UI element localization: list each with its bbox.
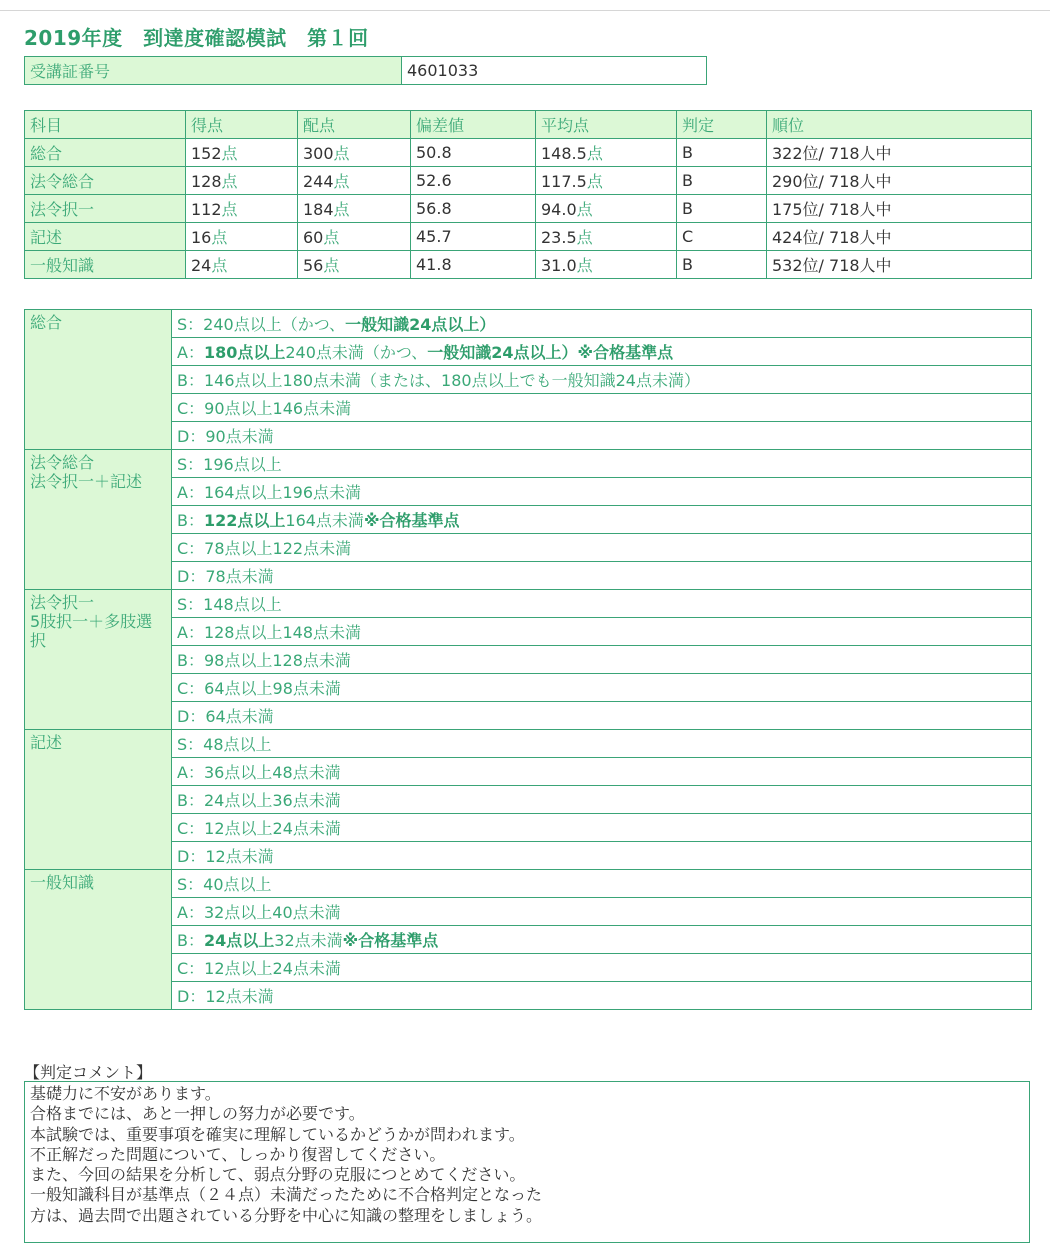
unit-label: 点 <box>577 256 593 275</box>
criteria-row: 法令択一5肢択一＋多肢選択S：148点以上 <box>25 590 1032 618</box>
max-score-cell-value: 60 <box>303 228 323 247</box>
max-score-cell: 184点 <box>298 195 411 223</box>
criteria-subject-line: 法令択一＋記述 <box>30 472 166 491</box>
subject-cell-value: 法令総合 <box>30 172 94 191</box>
criteria-grade-cell: B：146点以上180点未満（または、180点以上でも一般知識24点未満） <box>172 366 1032 394</box>
criteria-grade-cell: C：12点以上24点未満 <box>172 954 1032 982</box>
unit-label: 点 <box>334 144 350 163</box>
score-row: 法令択一112点184点56.894.0点B175位/ 718人中 <box>25 195 1032 223</box>
student-id-table: 受講証番号 4601033 <box>24 56 707 85</box>
comment-line: 基礎力に不安があります。 <box>30 1084 1024 1104</box>
rank-cell: 424位/ 718人中 <box>767 223 1032 251</box>
comment-line: 合格までには、あと一押しの努力が必要です。 <box>30 1104 1024 1124</box>
header-score: 得点 <box>186 111 298 139</box>
subject-cell-value: 法令択一 <box>30 200 94 219</box>
criteria-row: A：164点以上196点未満 <box>25 478 1032 506</box>
unit-label: 点 <box>334 200 350 219</box>
criteria-grade-cell: D：12点未満 <box>172 982 1032 1010</box>
criteria-emphasis: 一般知識24点以上）※合格基準点 <box>427 343 673 362</box>
criteria-emphasis: 24点以上 <box>204 931 274 950</box>
max-score-cell: 60点 <box>298 223 411 251</box>
max-score-cell: 56点 <box>298 251 411 279</box>
criteria-subject-line: 記述 <box>30 733 166 752</box>
criteria-text: C：64点以上98点未満 <box>177 679 341 698</box>
criteria-row: B：122点以上164点未満※合格基準点 <box>25 506 1032 534</box>
student-id-value: 4601033 <box>402 57 707 85</box>
unit-label: 点 <box>222 200 238 219</box>
criteria-grade-cell: A：180点以上240点未満（かつ、一般知識24点以上）※合格基準点 <box>172 338 1032 366</box>
criteria-text: A：36点以上48点未満 <box>177 763 341 782</box>
comment-line: 不正解だった問題について、しっかり復習してください。 <box>30 1145 1024 1165</box>
criteria-grade-cell: A：164点以上196点未満 <box>172 478 1032 506</box>
unit-label: 点 <box>323 256 339 275</box>
criteria-subject-line: 法令総合 <box>30 453 166 472</box>
grade-cell-value: B <box>682 143 693 162</box>
subject-cell-value: 記述 <box>30 228 62 247</box>
criteria-row: C：64点以上98点未満 <box>25 674 1032 702</box>
deviation-cell-value: 56.8 <box>416 199 452 218</box>
score-cell: 24点 <box>186 251 298 279</box>
criteria-grade-cell: B：122点以上164点未満※合格基準点 <box>172 506 1032 534</box>
comment-box: 基礎力に不安があります。合格までには、あと一押しの努力が必要です。本試験では、重… <box>24 1081 1030 1243</box>
criteria-row: D：64点未満 <box>25 702 1032 730</box>
deviation-cell: 52.6 <box>411 167 536 195</box>
unit-label: 点 <box>334 172 350 191</box>
criteria-text: B：24点以上36点未満 <box>177 791 341 810</box>
criteria-subject: 記述 <box>25 730 172 870</box>
header-grade: 判定 <box>677 111 767 139</box>
criteria-row: 一般知識S：40点以上 <box>25 870 1032 898</box>
student-id-row: 受講証番号 4601033 <box>25 57 707 85</box>
average-cell: 148.5点 <box>536 139 677 167</box>
criteria-text: D：90点未満 <box>177 427 274 446</box>
rank-cell: 532位/ 718人中 <box>767 251 1032 279</box>
criteria-row: 記述S：48点以上 <box>25 730 1032 758</box>
criteria-text: B： <box>177 931 204 950</box>
criteria-text: A：32点以上40点未満 <box>177 903 341 922</box>
comment-line: 方は、過去問で出題されている分野を中心に知識の整理をしましょう。 <box>30 1206 1024 1226</box>
criteria-text: D：12点未満 <box>177 987 274 1006</box>
deviation-cell-value: 52.6 <box>416 171 452 190</box>
criteria-grade-cell: S：240点以上（かつ、一般知識24点以上） <box>172 310 1032 338</box>
score-cell: 128点 <box>186 167 298 195</box>
rank-cell: 290位/ 718人中 <box>767 167 1032 195</box>
score-row: 法令総合128点244点52.6117.5点B290位/ 718人中 <box>25 167 1032 195</box>
deviation-cell-value: 41.8 <box>416 255 452 274</box>
criteria-text: S：48点以上 <box>177 735 272 754</box>
criteria-subject-line: 総合 <box>30 313 166 332</box>
max-score-cell-value: 56 <box>303 256 323 275</box>
criteria-emphasis: ※合格基準点 <box>364 511 460 530</box>
rank-cell-value: 175位/ 718人中 <box>772 200 892 219</box>
criteria-row: D：78点未満 <box>25 562 1032 590</box>
subject-cell: 一般知識 <box>25 251 186 279</box>
unit-label: 点 <box>587 172 603 191</box>
criteria-row: B：146点以上180点未満（または、180点以上でも一般知識24点未満） <box>25 366 1032 394</box>
max-score-cell: 244点 <box>298 167 411 195</box>
criteria-row: 総合S：240点以上（かつ、一般知識24点以上） <box>25 310 1032 338</box>
student-id-label: 受講証番号 <box>25 57 402 85</box>
grade-cell-value: B <box>682 255 693 274</box>
score-cell: 112点 <box>186 195 298 223</box>
header-average: 平均点 <box>536 111 677 139</box>
subject-cell: 法令総合 <box>25 167 186 195</box>
criteria-row: D：12点未満 <box>25 842 1032 870</box>
rank-cell-value: 290位/ 718人中 <box>772 172 892 191</box>
criteria-text: A：164点以上196点未満 <box>177 483 361 502</box>
rank-cell-value: 532位/ 718人中 <box>772 256 892 275</box>
subject-cell-value: 総合 <box>30 144 62 163</box>
comment-line: 一般知識科目が基準点（２４点）未満だったために不合格判定となった <box>30 1185 1024 1205</box>
criteria-text: 164点未満 <box>285 511 364 530</box>
criteria-subject: 総合 <box>25 310 172 450</box>
average-cell: 94.0点 <box>536 195 677 223</box>
criteria-text: C：78点以上122点未満 <box>177 539 351 558</box>
grade-cell-value: B <box>682 171 693 190</box>
criteria-row: C：12点以上24点未満 <box>25 954 1032 982</box>
grade-cell-value: C <box>682 227 693 246</box>
score-cell: 152点 <box>186 139 298 167</box>
deviation-cell: 41.8 <box>411 251 536 279</box>
criteria-grade-cell: S：196点以上 <box>172 450 1032 478</box>
average-cell-value: 117.5 <box>541 172 587 191</box>
subject-cell-value: 一般知識 <box>30 256 94 275</box>
score-cell-value: 128 <box>191 172 222 191</box>
deviation-cell: 56.8 <box>411 195 536 223</box>
average-cell: 117.5点 <box>536 167 677 195</box>
criteria-row: C：78点以上122点未満 <box>25 534 1032 562</box>
criteria-text: S：148点以上 <box>177 595 282 614</box>
max-score-cell-value: 300 <box>303 144 334 163</box>
average-cell-value: 31.0 <box>541 256 577 275</box>
average-cell-value: 23.5 <box>541 228 577 247</box>
score-row: 記述16点60点45.723.5点C424位/ 718人中 <box>25 223 1032 251</box>
criteria-grade-cell: C：64点以上98点未満 <box>172 674 1032 702</box>
criteria-emphasis: 122点以上 <box>204 511 285 530</box>
deviation-cell: 50.8 <box>411 139 536 167</box>
criteria-grade-cell: A：128点以上148点未満 <box>172 618 1032 646</box>
page-title: 2019年度 到達度確認模試 第１回 <box>24 22 369 51</box>
criteria-grade-cell: B：24点以上36点未満 <box>172 786 1032 814</box>
criteria-grade-cell: S：148点以上 <box>172 590 1032 618</box>
top-divider <box>0 10 1050 11</box>
criteria-grade-cell: D：12点未満 <box>172 842 1032 870</box>
score-cell-value: 152 <box>191 144 222 163</box>
criteria-subject-line: 一般知識 <box>30 873 166 892</box>
unit-label: 点 <box>323 228 339 247</box>
deviation-cell-value: 50.8 <box>416 143 452 162</box>
header-max: 配点 <box>298 111 411 139</box>
deviation-cell-value: 45.7 <box>416 227 452 246</box>
score-row: 一般知識24点56点41.831.0点B532位/ 718人中 <box>25 251 1032 279</box>
criteria-text: B：146点以上180点未満（または、180点以上でも一般知識24点未満） <box>177 371 700 390</box>
grading-criteria-table: 総合S：240点以上（かつ、一般知識24点以上）A：180点以上240点未満（か… <box>24 309 1032 1010</box>
criteria-grade-cell: A：32点以上40点未満 <box>172 898 1032 926</box>
max-score-cell: 300点 <box>298 139 411 167</box>
score-table-header: 科目 得点 配点 偏差値 平均点 判定 順位 <box>25 111 1032 139</box>
rank-cell-value: 424位/ 718人中 <box>772 228 892 247</box>
criteria-subject-line: 5肢択一＋多肢選択 <box>30 612 166 650</box>
criteria-row: 法令総合法令択一＋記述S：196点以上 <box>25 450 1032 478</box>
criteria-text: S：240点以上（かつ、 <box>177 315 345 334</box>
criteria-subject: 法令択一5肢択一＋多肢選択 <box>25 590 172 730</box>
score-table: 科目 得点 配点 偏差値 平均点 判定 順位 総合152点300点50.8148… <box>24 110 1032 279</box>
criteria-row: B：24点以上32点未満※合格基準点 <box>25 926 1032 954</box>
unit-label: 点 <box>577 228 593 247</box>
criteria-emphasis: 180点以上 <box>204 343 285 362</box>
criteria-row: A：180点以上240点未満（かつ、一般知識24点以上）※合格基準点 <box>25 338 1032 366</box>
criteria-subject: 一般知識 <box>25 870 172 1010</box>
criteria-grade-cell: S：40点以上 <box>172 870 1032 898</box>
criteria-row: A：36点以上48点未満 <box>25 758 1032 786</box>
score-cell: 16点 <box>186 223 298 251</box>
criteria-text: B：98点以上128点未満 <box>177 651 351 670</box>
comment-label: 【判定コメント】 <box>24 1060 152 1083</box>
criteria-subject: 法令総合法令択一＋記述 <box>25 450 172 590</box>
average-cell: 23.5点 <box>536 223 677 251</box>
criteria-grade-cell: D：90点未満 <box>172 422 1032 450</box>
average-cell-value: 148.5 <box>541 144 587 163</box>
criteria-row: C：90点以上146点未満 <box>25 394 1032 422</box>
criteria-text: D：12点未満 <box>177 847 274 866</box>
max-score-cell-value: 244 <box>303 172 334 191</box>
grade-cell-value: B <box>682 199 693 218</box>
score-cell-value: 24 <box>191 256 211 275</box>
unit-label: 点 <box>222 144 238 163</box>
criteria-grade-cell: B：24点以上32点未満※合格基準点 <box>172 926 1032 954</box>
score-cell-value: 16 <box>191 228 211 247</box>
unit-label: 点 <box>211 228 227 247</box>
criteria-emphasis: ※合格基準点 <box>343 931 439 950</box>
score-cell-value: 112 <box>191 200 222 219</box>
unit-label: 点 <box>211 256 227 275</box>
criteria-row: D：12点未満 <box>25 982 1032 1010</box>
criteria-text: S：196点以上 <box>177 455 282 474</box>
criteria-text: C：12点以上24点未満 <box>177 959 341 978</box>
rank-cell: 322位/ 718人中 <box>767 139 1032 167</box>
criteria-grade-cell: B：98点以上128点未満 <box>172 646 1032 674</box>
criteria-row: B：24点以上36点未満 <box>25 786 1032 814</box>
criteria-grade-cell: S：48点以上 <box>172 730 1032 758</box>
criteria-subject-line: 法令択一 <box>30 593 166 612</box>
criteria-grade-cell: C：78点以上122点未満 <box>172 534 1032 562</box>
criteria-grade-cell: C：90点以上146点未満 <box>172 394 1032 422</box>
average-cell-value: 94.0 <box>541 200 577 219</box>
subject-cell: 総合 <box>25 139 186 167</box>
unit-label: 点 <box>222 172 238 191</box>
criteria-text: D：78点未満 <box>177 567 274 586</box>
criteria-grade-cell: A：36点以上48点未満 <box>172 758 1032 786</box>
grade-cell: B <box>677 139 767 167</box>
score-row: 総合152点300点50.8148.5点B322位/ 718人中 <box>25 139 1032 167</box>
criteria-grade-cell: C：12点以上24点未満 <box>172 814 1032 842</box>
grade-cell: B <box>677 251 767 279</box>
rank-cell: 175位/ 718人中 <box>767 195 1032 223</box>
criteria-text: C：12点以上24点未満 <box>177 819 341 838</box>
average-cell: 31.0点 <box>536 251 677 279</box>
criteria-text: S：40点以上 <box>177 875 272 894</box>
unit-label: 点 <box>577 200 593 219</box>
subject-cell: 法令択一 <box>25 195 186 223</box>
max-score-cell-value: 184 <box>303 200 334 219</box>
criteria-row: A：128点以上148点未満 <box>25 618 1032 646</box>
header-deviation: 偏差値 <box>411 111 536 139</box>
criteria-row: B：98点以上128点未満 <box>25 646 1032 674</box>
grade-cell: B <box>677 167 767 195</box>
criteria-text: C：90点以上146点未満 <box>177 399 351 418</box>
criteria-text: D：64点未満 <box>177 707 274 726</box>
comment-line: また、今回の結果を分析して、弱点分野の克服につとめてください。 <box>30 1165 1024 1185</box>
comment-line: 本試験では、重要事項を確実に理解しているかどうかが問われます。 <box>30 1125 1024 1145</box>
criteria-text: B： <box>177 511 204 530</box>
criteria-grade-cell: D：78点未満 <box>172 562 1032 590</box>
grade-cell: C <box>677 223 767 251</box>
criteria-row: C：12点以上24点未満 <box>25 814 1032 842</box>
header-rank: 順位 <box>767 111 1032 139</box>
criteria-emphasis: 一般知識24点以上） <box>345 315 495 334</box>
criteria-text: A：128点以上148点未満 <box>177 623 361 642</box>
criteria-text: 240点未満（かつ、 <box>285 343 427 362</box>
criteria-row: D：90点未満 <box>25 422 1032 450</box>
unit-label: 点 <box>587 144 603 163</box>
criteria-grade-cell: D：64点未満 <box>172 702 1032 730</box>
rank-cell-value: 322位/ 718人中 <box>772 144 892 163</box>
subject-cell: 記述 <box>25 223 186 251</box>
criteria-text: 32点未満 <box>274 931 342 950</box>
criteria-text: A： <box>177 343 204 362</box>
criteria-row: A：32点以上40点未満 <box>25 898 1032 926</box>
deviation-cell: 45.7 <box>411 223 536 251</box>
grade-cell: B <box>677 195 767 223</box>
header-subject: 科目 <box>25 111 186 139</box>
